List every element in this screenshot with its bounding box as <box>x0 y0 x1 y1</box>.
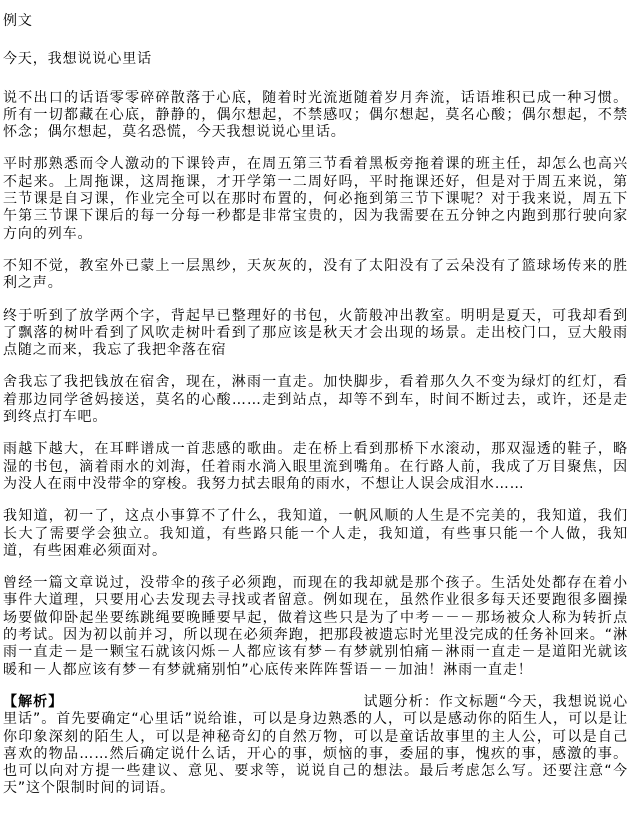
essay-paragraph: 我知道，初一了，这点小事算不了什么，我知道，一帆风顺的人生是不完美的，我知道，我… <box>3 508 628 560</box>
essay-paragraph: 平时那熟悉而令人激动的下课铃声，在周五第三节看着黑板旁拖着课的班主任，却怎么也高… <box>3 156 628 242</box>
essay-paragraph: 不知不觉，教室外已蒙上一层黑纱，天灰灰的，没有了太阳没有了云朵没有了篮球场传来的… <box>3 258 628 293</box>
essay-title: 今天，我想说说心里话 <box>3 51 628 68</box>
analysis-text: 试题分析：作文标题“今天，我想说说心里话”。首先要确定“心里话”说给谁，可以是身… <box>3 694 628 796</box>
document-page: 例文 今天，我想说说心里话 说不出口的话语零零碎碎散落于心底，随着时光流逝随着岁… <box>0 0 630 813</box>
essay-paragraph: 曾经一篇文章说过，没带伞的孩子必须跑，而现在的我却就是那个孩子。生活处处都存在着… <box>3 575 628 679</box>
essay-paragraph: 说不出口的话语零零碎碎散落于心底，随着时光流逝随着岁月奔流，话语堆积已成一种习惯… <box>3 90 628 142</box>
analysis-section: 【解析】试题分析：作文标题“今天，我想说说心里话”。首先要确定“心里话”说给谁，… <box>3 694 628 798</box>
essay-paragraph: 雨越下越大，在耳畔谱成一首悲感的歌曲。走在桥上看到那桥下水滚动，那双湿透的鞋子，… <box>3 441 628 493</box>
analysis-label: 【解析】 <box>3 694 63 710</box>
example-label: 例文 <box>3 13 628 30</box>
analysis-spacer <box>63 705 363 706</box>
essay-paragraph: 终于听到了放学两个字，背起早已整理好的书包，火箭般冲出教室。明明是夏天，可我却看… <box>3 308 628 360</box>
essay-paragraph: 舍我忘了我把钱放在宿舍，现在，淋雨一直走。加快脚步，看着那久久不变为绿灯的红灯，… <box>3 374 628 426</box>
